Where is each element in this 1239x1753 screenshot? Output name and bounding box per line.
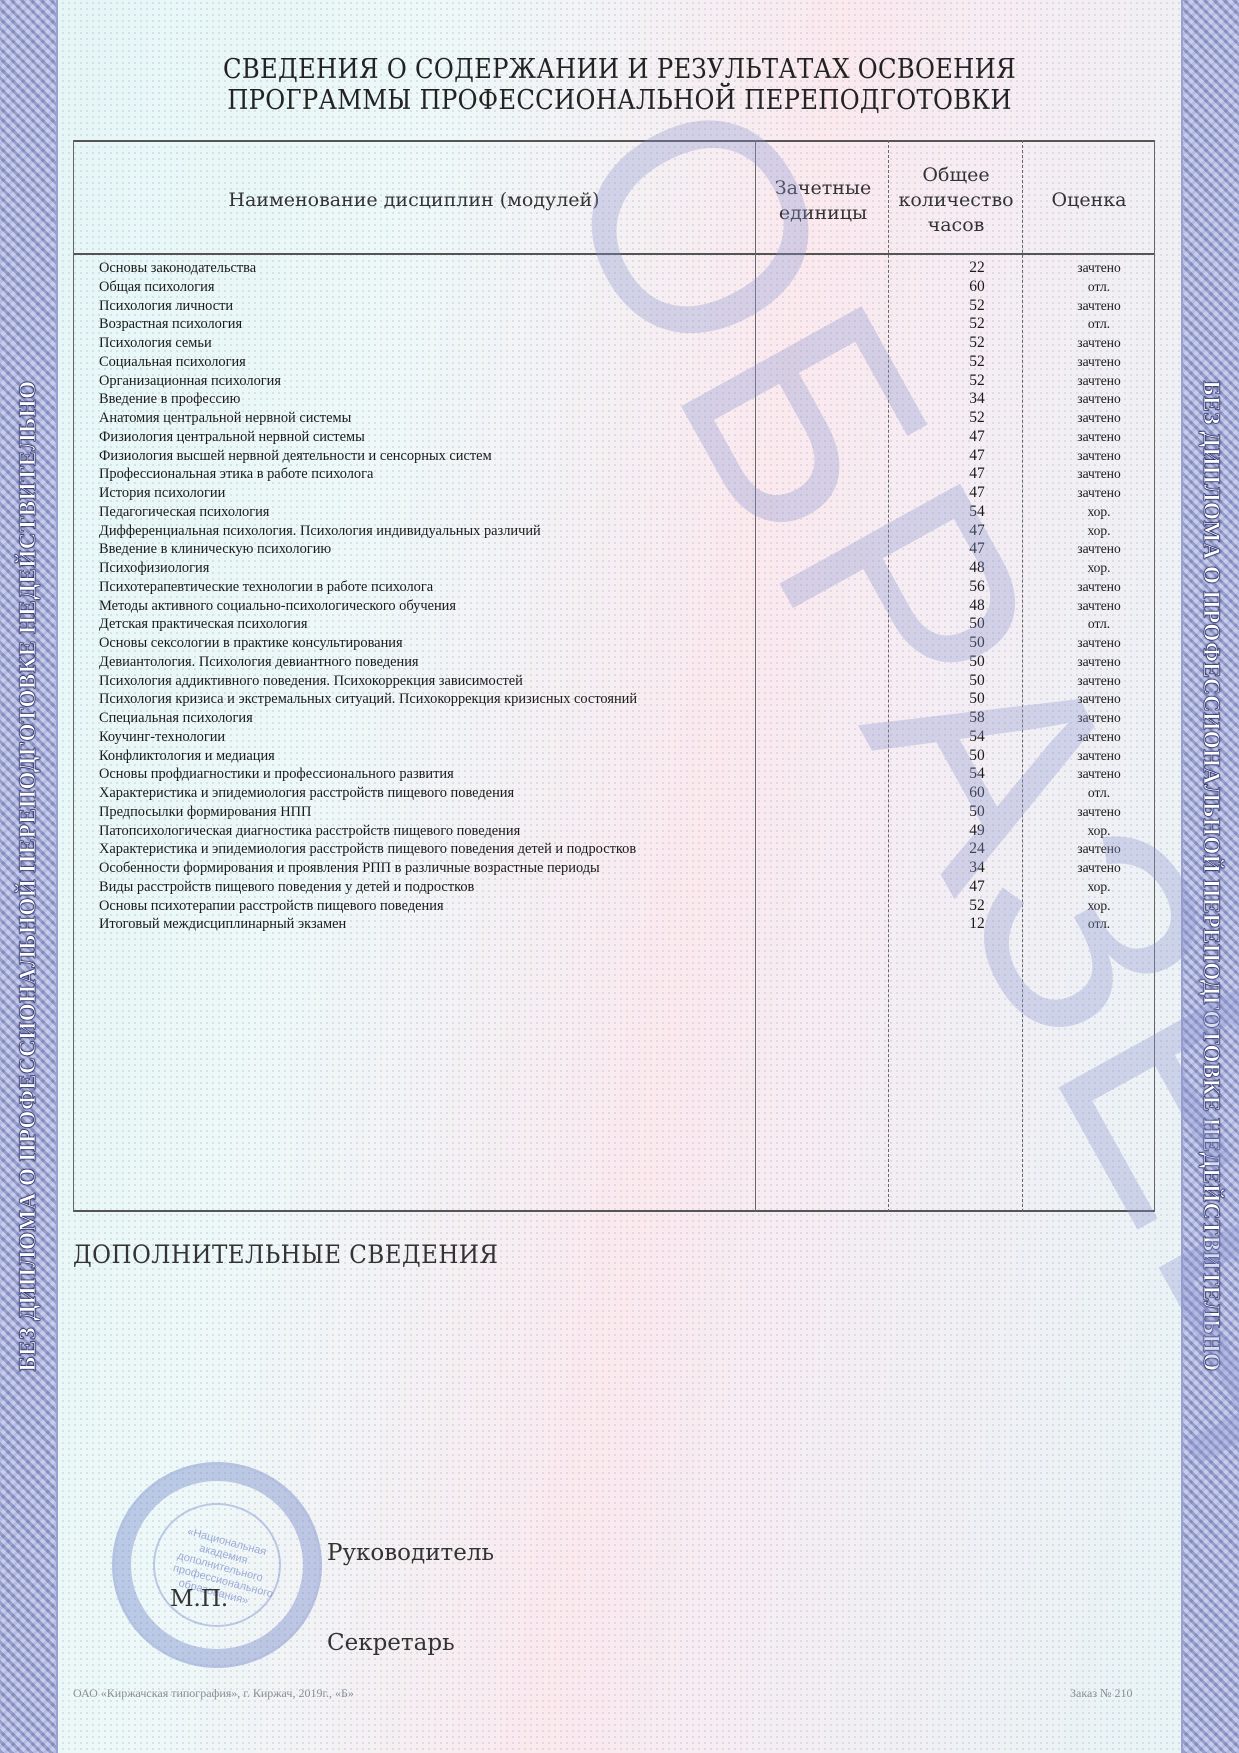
grade-value: зачтено xyxy=(1054,259,1144,278)
table-left-border xyxy=(73,140,74,1212)
grade-value: зачтено xyxy=(1054,765,1144,784)
grade-value: зачтено xyxy=(1054,372,1144,391)
hours-value: 48 xyxy=(946,597,1008,616)
grade-value: зачтено xyxy=(1054,728,1144,747)
document-title: СВЕДЕНИЯ О СОДЕРЖАНИИ И РЕЗУЛЬТАТАХ ОСВО… xyxy=(62,54,1177,116)
table-row: Основы законодательства22зачтено xyxy=(99,259,1155,278)
right-guilloche-border: БЕЗ ДИПЛОМА О ПРОФЕССИОНАЛЬНОЙ ПЕРЕПОДГО… xyxy=(1181,0,1239,1753)
discipline-name: Предпосылки формирования НПП xyxy=(99,803,311,822)
discipline-name: Анатомия центральной нервной системы xyxy=(99,409,351,428)
discipline-name: Психология кризиса и экстремальных ситуа… xyxy=(99,690,637,709)
table-row: История психологии47зачтено xyxy=(99,484,1155,503)
grade-value: зачтено xyxy=(1054,803,1144,822)
grade-value: хор. xyxy=(1054,878,1144,897)
discipline-name: Введение в профессию xyxy=(99,390,240,409)
hours-value: 52 xyxy=(946,897,1008,916)
table-row: Возрастная психология52отл. xyxy=(99,315,1155,334)
table-row: Психология личности52зачтено xyxy=(99,297,1155,316)
grade-value: зачтено xyxy=(1054,709,1144,728)
hours-value: 12 xyxy=(946,915,1008,934)
grade-value: хор. xyxy=(1054,897,1144,916)
table-row: Виды расстройств пищевого поведения у де… xyxy=(99,878,1155,897)
discipline-name: Методы активного социально-психологическ… xyxy=(99,597,456,616)
table-row: Конфликтология и медиация50зачтено xyxy=(99,747,1155,766)
discipline-name: Патопсихологическая диагностика расстрой… xyxy=(99,822,520,841)
discipline-name: Основы сексологии в практике консультиро… xyxy=(99,634,403,653)
discipline-name: Психология семьи xyxy=(99,334,212,353)
director-signature-label: Руководитель xyxy=(327,1540,494,1566)
hours-value: 47 xyxy=(946,540,1008,559)
hours-value: 47 xyxy=(946,522,1008,541)
discipline-name: Основы психотерапии расстройств пищевого… xyxy=(99,897,444,916)
header-grade: Оценка xyxy=(1023,148,1155,253)
seal-stamp: «Национальная академия дополнительного п… xyxy=(112,1462,322,1668)
grade-value: хор. xyxy=(1054,503,1144,522)
grade-value: отл. xyxy=(1054,615,1144,634)
grade-value: хор. xyxy=(1054,522,1144,541)
discipline-name: Основы законодательства xyxy=(99,259,256,278)
discipline-name: Введение в клиническую психологию xyxy=(99,540,331,559)
table-row: Девиантология. Психология девиантного по… xyxy=(99,653,1155,672)
discipline-name: Организационная психология xyxy=(99,372,281,391)
discipline-name: Коучинг-технологии xyxy=(99,728,225,747)
discipline-name: Общая психология xyxy=(99,278,214,297)
hours-value: 48 xyxy=(946,559,1008,578)
order-number: Заказ № 210 xyxy=(1070,1686,1133,1701)
table-row: Детская практическая психология50отл. xyxy=(99,615,1155,634)
hours-value: 54 xyxy=(946,728,1008,747)
grade-value: зачтено xyxy=(1054,672,1144,691)
discipline-name: Характеристика и эпидемиология расстройс… xyxy=(99,784,514,803)
hours-value: 50 xyxy=(946,672,1008,691)
right-border-text: БЕЗ ДИПЛОМА О ПРОФЕССИОНАЛЬНОЙ ПЕРЕПОДГО… xyxy=(1198,381,1224,1372)
table-row: Социальная психология52зачтено xyxy=(99,353,1155,372)
hours-value: 47 xyxy=(946,484,1008,503)
grade-value: отл. xyxy=(1054,784,1144,803)
grade-value: зачтено xyxy=(1054,540,1144,559)
header-credits: Зачетные единицы xyxy=(773,148,873,253)
stamp-place-label: М.П. xyxy=(170,1586,228,1612)
grade-value: отл. xyxy=(1054,278,1144,297)
table-row: Коучинг-технологии54зачтено xyxy=(99,728,1155,747)
header-bottom-border xyxy=(73,253,1155,255)
grade-value: зачтено xyxy=(1054,465,1144,484)
table-row: Психотерапевтические технологии в работе… xyxy=(99,578,1155,597)
printer-info: ОАО «Киржачская типография», г. Киржач, … xyxy=(73,1686,354,1701)
grade-value: зачтено xyxy=(1054,297,1144,316)
discipline-name: Психотерапевтические технологии в работе… xyxy=(99,578,433,597)
table-top-border xyxy=(73,140,1155,142)
table-row: Характеристика и эпидемиология расстройс… xyxy=(99,784,1155,803)
grade-value: зачтено xyxy=(1054,484,1144,503)
discipline-name: Физиология центральной нервной системы xyxy=(99,428,365,447)
secretary-signature-label: Секретарь xyxy=(327,1630,455,1656)
discipline-name: Основы профдиагностики и профессионально… xyxy=(99,765,454,784)
grade-value: зачтено xyxy=(1054,690,1144,709)
grade-value: зачтено xyxy=(1054,840,1144,859)
left-guilloche-border: БЕЗ ДИПЛОМА О ПРОФЕССИОНАЛЬНОЙ ПЕРЕПОДГО… xyxy=(0,0,58,1753)
table-row: Итоговый междисциплинарный экзамен12отл. xyxy=(99,915,1155,934)
discipline-name: Педагогическая психология xyxy=(99,503,269,522)
discipline-name: Итоговый междисциплинарный экзамен xyxy=(99,915,346,934)
discipline-name: Психология личности xyxy=(99,297,233,316)
hours-value: 47 xyxy=(946,878,1008,897)
hours-value: 52 xyxy=(946,353,1008,372)
discipline-name: Конфликтология и медиация xyxy=(99,747,275,766)
hours-value: 47 xyxy=(946,447,1008,466)
discipline-name: История психологии xyxy=(99,484,225,503)
discipline-name: Социальная психология xyxy=(99,353,246,372)
grade-value: зачтено xyxy=(1054,409,1144,428)
discipline-name: Характеристика и эпидемиология расстройс… xyxy=(99,840,636,859)
table-row: Введение в клиническую психологию47зачте… xyxy=(99,540,1155,559)
table-row: Психология семьи52зачтено xyxy=(99,334,1155,353)
hours-value: 50 xyxy=(946,747,1008,766)
hours-value: 52 xyxy=(946,297,1008,316)
hours-value: 50 xyxy=(946,615,1008,634)
hours-value: 52 xyxy=(946,409,1008,428)
hours-value: 52 xyxy=(946,372,1008,391)
table-row: Психология аддиктивного поведения. Психо… xyxy=(99,672,1155,691)
table-row: Основы профдиагностики и профессионально… xyxy=(99,765,1155,784)
discipline-name: Психология аддиктивного поведения. Психо… xyxy=(99,672,523,691)
table-row: Характеристика и эпидемиология расстройс… xyxy=(99,840,1155,859)
grade-value: зачтено xyxy=(1054,597,1144,616)
table-row: Профессиональная этика в работе психолог… xyxy=(99,465,1155,484)
additional-info-title: ДОПОЛНИТЕЛЬНЫЕ СВЕДЕНИЯ xyxy=(73,1240,498,1269)
table-row: Введение в профессию34зачтено xyxy=(99,390,1155,409)
table-row: Психология кризиса и экстремальных ситуа… xyxy=(99,690,1155,709)
discipline-name: Физиология высшей нервной деятельности и… xyxy=(99,447,492,466)
title-line-2: ПРОГРАММЫ ПРОФЕССИОНАЛЬНОЙ ПЕРЕПОДГОТОВК… xyxy=(62,85,1177,116)
grade-value: зачтено xyxy=(1054,390,1144,409)
hours-value: 50 xyxy=(946,653,1008,672)
hours-value: 60 xyxy=(946,784,1008,803)
hours-value: 56 xyxy=(946,578,1008,597)
hours-value: 54 xyxy=(946,765,1008,784)
table-body: Основы законодательства22зачтеноОбщая пс… xyxy=(99,259,1155,934)
grade-value: зачтено xyxy=(1054,428,1144,447)
header-name: Наименование дисциплин (модулей) xyxy=(73,148,755,253)
grade-value: зачтено xyxy=(1054,353,1144,372)
disciplines-table: Наименование дисциплин (модулей) Зачетны… xyxy=(73,140,1155,1212)
discipline-name: Специальная психология xyxy=(99,709,253,728)
hours-value: 34 xyxy=(946,390,1008,409)
grade-value: зачтено xyxy=(1054,578,1144,597)
hours-value: 50 xyxy=(946,690,1008,709)
table-row: Методы активного социально-психологическ… xyxy=(99,597,1155,616)
discipline-name: Дифференциальная психология. Психология … xyxy=(99,522,541,541)
table-row: Основы психотерапии расстройств пищевого… xyxy=(99,897,1155,916)
grade-value: зачтено xyxy=(1054,653,1144,672)
table-row: Физиология центральной нервной системы47… xyxy=(99,428,1155,447)
table-row: Психофизиология48хор. xyxy=(99,559,1155,578)
table-row: Общая психология60отл. xyxy=(99,278,1155,297)
hours-value: 50 xyxy=(946,803,1008,822)
hours-value: 54 xyxy=(946,503,1008,522)
discipline-name: Особенности формирования и проявления РП… xyxy=(99,859,600,878)
hours-value: 60 xyxy=(946,278,1008,297)
grade-value: зачтено xyxy=(1054,859,1144,878)
discipline-name: Профессиональная этика в работе психолог… xyxy=(99,465,373,484)
table-row: Основы сексологии в практике консультиро… xyxy=(99,634,1155,653)
grade-value: отл. xyxy=(1054,315,1144,334)
title-line-1: СВЕДЕНИЯ О СОДЕРЖАНИИ И РЕЗУЛЬТАТАХ ОСВО… xyxy=(62,54,1177,85)
discipline-name: Психофизиология xyxy=(99,559,209,578)
table-row: Анатомия центральной нервной системы52за… xyxy=(99,409,1155,428)
table-row: Организационная психология52зачтено xyxy=(99,372,1155,391)
hours-value: 22 xyxy=(946,259,1008,278)
discipline-name: Возрастная психология xyxy=(99,315,242,334)
table-row: Особенности формирования и проявления РП… xyxy=(99,859,1155,878)
grade-value: отл. xyxy=(1054,915,1144,934)
hours-value: 50 xyxy=(946,634,1008,653)
grade-value: хор. xyxy=(1054,822,1144,841)
hours-value: 49 xyxy=(946,822,1008,841)
discipline-name: Детская практическая психология xyxy=(99,615,307,634)
table-row: Педагогическая психология54хор. xyxy=(99,503,1155,522)
discipline-name: Виды расстройств пищевого поведения у де… xyxy=(99,878,474,897)
left-border-text: БЕЗ ДИПЛОМА О ПРОФЕССИОНАЛЬНОЙ ПЕРЕПОДГО… xyxy=(15,381,41,1372)
hours-value: 52 xyxy=(946,334,1008,353)
table-row: Специальная психология58зачтено xyxy=(99,709,1155,728)
header-hours: Общее количество часов xyxy=(901,148,1011,253)
hours-value: 34 xyxy=(946,859,1008,878)
hours-value: 58 xyxy=(946,709,1008,728)
hours-value: 24 xyxy=(946,840,1008,859)
table-bottom-border xyxy=(73,1210,1155,1212)
table-row: Патопсихологическая диагностика расстрой… xyxy=(99,822,1155,841)
grade-value: зачтено xyxy=(1054,447,1144,466)
grade-value: зачтено xyxy=(1054,634,1144,653)
table-row: Предпосылки формирования НПП50зачтено xyxy=(99,803,1155,822)
grade-value: хор. xyxy=(1054,559,1144,578)
hours-value: 47 xyxy=(946,428,1008,447)
discipline-name: Девиантология. Психология девиантного по… xyxy=(99,653,419,672)
hours-value: 52 xyxy=(946,315,1008,334)
table-row: Дифференциальная психология. Психология … xyxy=(99,522,1155,541)
hours-value: 47 xyxy=(946,465,1008,484)
grade-value: зачтено xyxy=(1054,334,1144,353)
grade-value: зачтено xyxy=(1054,747,1144,766)
table-row: Физиология высшей нервной деятельности и… xyxy=(99,447,1155,466)
